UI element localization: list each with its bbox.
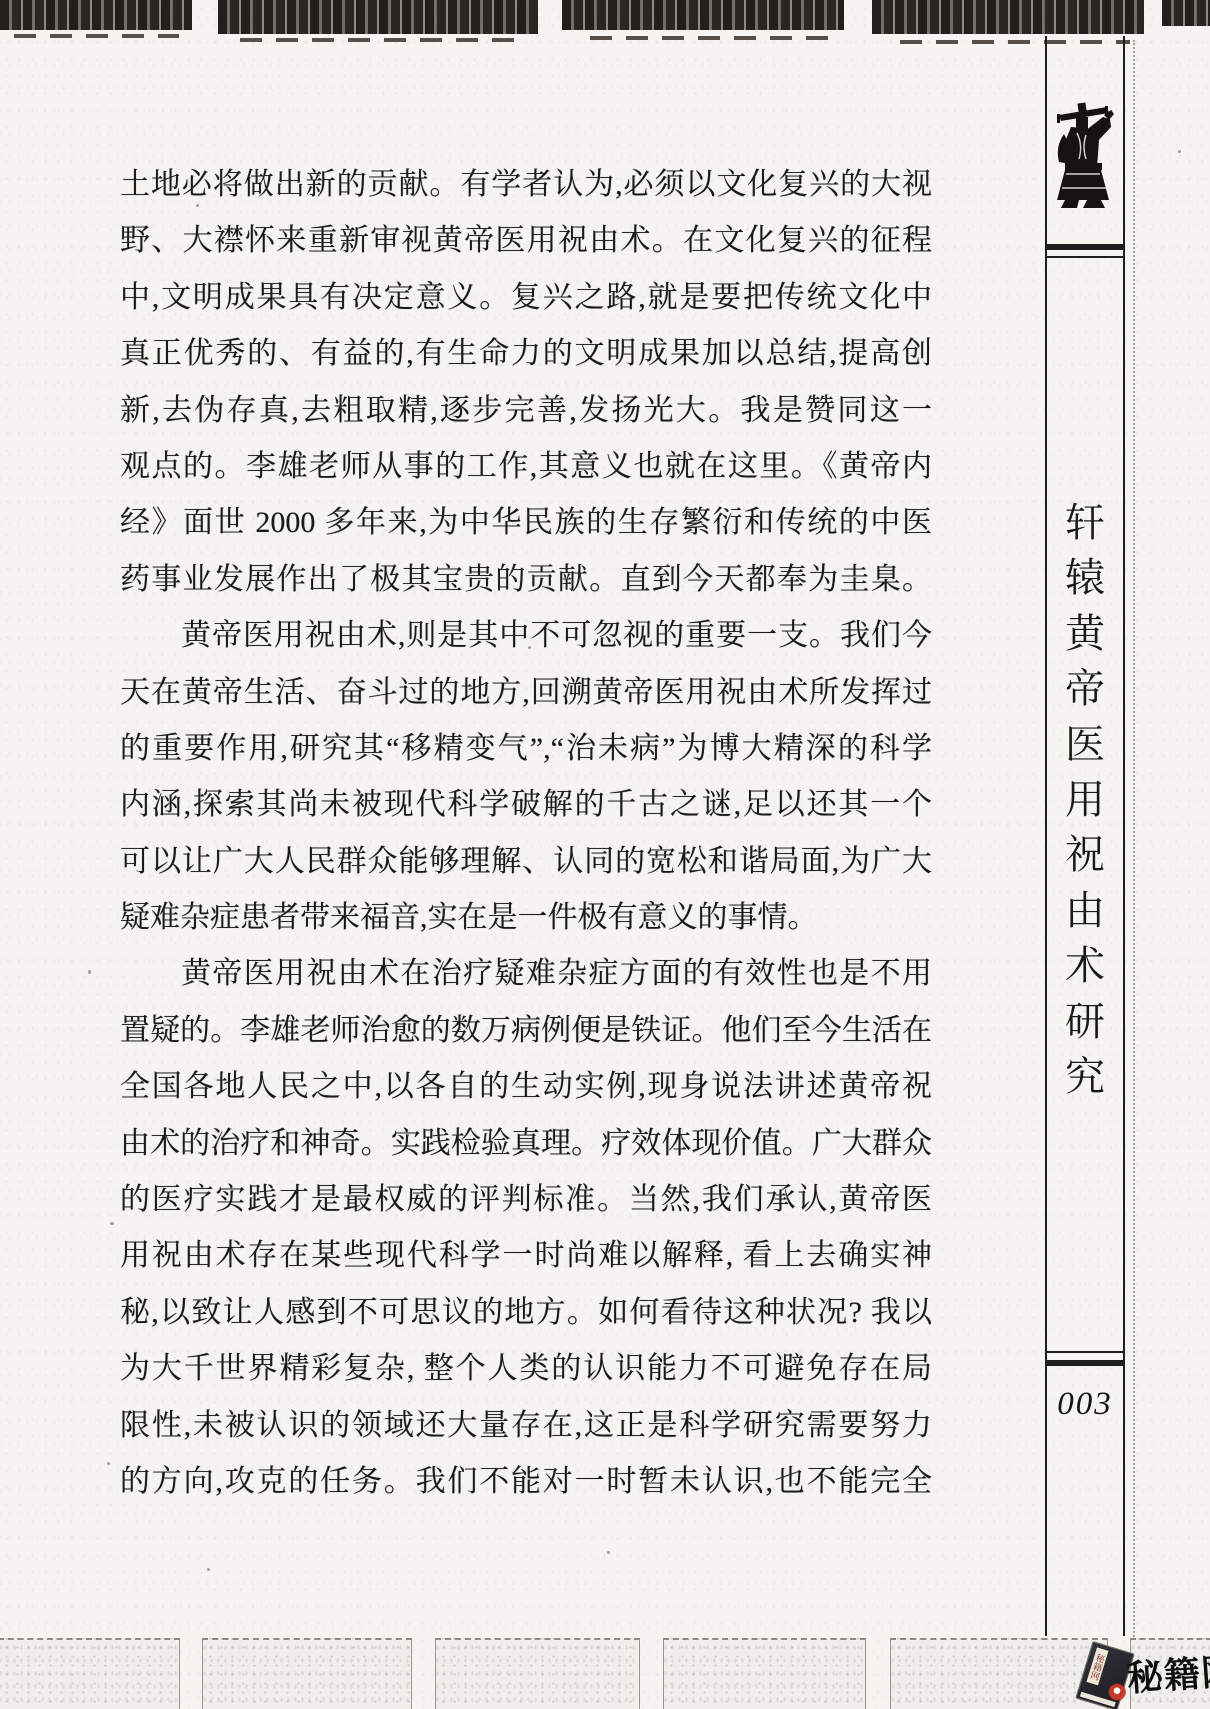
sidebar-separator <box>1045 1360 1125 1366</box>
sidebar-title-char: 轩 <box>1065 503 1105 543</box>
text-line: 全国各地人民之中,以各自的生动实例,现身说法讲述黄帝祝 <box>120 1059 932 1115</box>
watermark-site-name: 秘籍网 <box>1126 1654 1210 1698</box>
scan-noise-box <box>435 1638 640 1709</box>
sidebar-title-char: 研 <box>1065 1002 1105 1042</box>
page-number: 003 <box>1045 1386 1125 1423</box>
text-line: 天在黄帝生活、奋斗过的地方,回溯黄帝医用祝由术所发挥过 <box>120 665 932 721</box>
scan-noise-box <box>0 1638 180 1709</box>
text-line: 真正优秀的、有益的,有生命力的文明成果加以总结,提高创 <box>120 326 932 382</box>
scanned-book-page: 土地必将做出新的贡献。有学者认为,必须以文化复兴的大视野、大襟怀来重新审视黄帝医… <box>0 0 1210 1709</box>
scan-speck <box>607 1551 610 1554</box>
scan-speck <box>107 1462 110 1465</box>
text-line: 为大千世界精彩复杂, 整个人类的认识能力不可避免存在局 <box>120 1341 932 1397</box>
scan-noise-segment <box>1162 0 1210 26</box>
sidebar-title-char: 由 <box>1065 891 1105 931</box>
text-line: 的医疗实践才是最权威的评判标准。当然,我们承认,黄帝医 <box>120 1172 932 1228</box>
sidebar-separator <box>1045 1351 1125 1353</box>
text-line: 中,文明成果具有决定意义。复兴之路,就是要把传统文化中 <box>120 270 932 326</box>
text-line: 限性,未被认识的领域还大量存在,这正是科学研究需要努力 <box>120 1398 932 1454</box>
sidebar-separator <box>1045 244 1125 250</box>
text-line: 黄帝医用祝由术在治疗疑难杂症方面的有效性也是不用 <box>120 946 932 1002</box>
scan-noise-dashes <box>14 34 179 38</box>
scan-noise-segment <box>562 0 844 30</box>
text-line: 内涵,探索其尚未被现代科学破解的千古之谜,足以还其一个 <box>120 777 932 833</box>
scan-speck <box>1178 150 1181 153</box>
scan-artifact-top-edge <box>0 0 1210 50</box>
sidebar-separator <box>1045 256 1125 258</box>
text-line: 疑难杂症患者带来福音,实在是一件极有意义的事情。 <box>120 890 932 946</box>
sidebar-title-char: 用 <box>1065 780 1105 820</box>
scan-speck <box>207 1568 210 1571</box>
scan-speck <box>88 970 91 974</box>
text-line: 可以让广大人民群众能够理解、认同的宽松和谐局面,为广大 <box>120 834 932 890</box>
text-line: 黄帝医用祝由术,则是其中不可忽视的重要一支。我们今 <box>120 608 932 664</box>
text-line: 新,去伪存真,去粗取精,逐步完善,发扬光大。我是赞同这一 <box>120 383 932 439</box>
sidebar-title-char: 黄 <box>1065 614 1105 654</box>
sidebar-title-char: 帝 <box>1065 669 1105 709</box>
scan-speck <box>528 646 531 649</box>
sidebar-title-char: 祝 <box>1065 835 1105 875</box>
text-line: 观点的。李雄老师从事的工作,其意义也就在这里。《黄帝内 <box>120 439 932 495</box>
scan-noise-dashes <box>900 40 1130 44</box>
scan-noise-dashes <box>240 38 520 42</box>
scan-noise-segment <box>0 0 192 30</box>
sidebar-title-char: 究 <box>1065 1057 1105 1097</box>
scan-noise-segment <box>218 0 538 34</box>
sidebar-book-title: 轩辕黄帝医用祝由术研究 <box>1045 503 1125 1097</box>
scan-noise-segment <box>872 0 1144 34</box>
sidebar-title-char: 术 <box>1065 946 1105 986</box>
scan-speck <box>196 204 199 207</box>
sidebar-title-char: 医 <box>1065 725 1105 765</box>
text-line: 秘,以致让人感到不可思议的地方。如何看待这种状况? 我以 <box>120 1285 932 1341</box>
scan-noise-dashes <box>590 36 830 40</box>
text-line: 由术的治疗和神奇。实践检验真理。疗效体现价值。广大群众 <box>120 1116 932 1172</box>
text-line: 野、大襟怀来重新审视黄帝医用祝由术。在文化复兴的征程 <box>120 213 932 269</box>
text-line: 经》面世 2000 多年来,为中华民族的生存繁衍和传统的中医 <box>120 495 932 551</box>
text-line: 药事业发展作出了极其宝贵的贡献。直到今天都奉为圭臬。 <box>120 552 932 608</box>
scan-noise-box <box>202 1638 412 1709</box>
sidebar-title-char: 辕 <box>1065 558 1105 598</box>
text-line: 的重要作用,研究其“移精变气”,“治未病”为博大精深的科学 <box>120 721 932 777</box>
sidebar-dotted-rule <box>1133 40 1135 1705</box>
scan-noise-box <box>663 1638 866 1709</box>
text-line: 用祝由术存在某些现代科学一时尚难以解释, 看上去确实神 <box>120 1228 932 1284</box>
book-label: 秘籍网 <box>1086 1647 1108 1685</box>
red-seal-icon <box>1109 1684 1125 1700</box>
text-line: 置疑的。李雄老师治愈的数万病例便是铁证。他们至今生活在 <box>120 1003 932 1059</box>
scan-speck <box>110 1222 114 1225</box>
text-line: 土地必将做出新的贡献。有学者认为,必须以文化复兴的大视 <box>120 157 932 213</box>
emperor-figure-icon <box>1053 101 1115 213</box>
mijie-watermark: 秘籍网 秘籍网 <box>1075 1640 1210 1709</box>
text-line: 的方向,攻克的任务。我们不能对一时暂未认识,也不能完全 <box>120 1454 932 1510</box>
body-text-block: 土地必将做出新的贡献。有学者认为,必须以文化复兴的大视野、大襟怀来重新审视黄帝医… <box>120 157 932 1510</box>
